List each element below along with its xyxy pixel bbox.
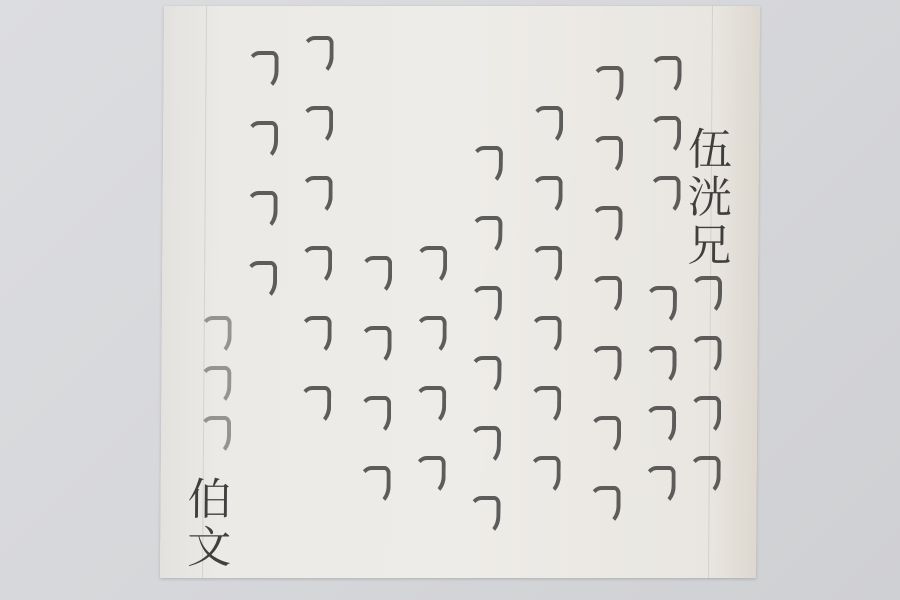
cursive-column	[350, 256, 392, 546]
cursive-column	[460, 146, 503, 546]
cursive-column	[635, 286, 677, 546]
cursive-column	[580, 66, 623, 546]
letter-paper: 伍洸兄 伯文	[160, 6, 760, 578]
cursive-column	[237, 51, 279, 311]
cursive-column	[405, 246, 447, 546]
cursive-column	[640, 56, 681, 256]
cursive-column	[191, 316, 232, 446]
cursive-column	[680, 276, 722, 536]
cursive-column	[520, 106, 563, 546]
signature: 伯文	[182, 476, 227, 572]
salutation: 伍洸兄	[682, 126, 727, 270]
cursive-column	[290, 36, 334, 546]
